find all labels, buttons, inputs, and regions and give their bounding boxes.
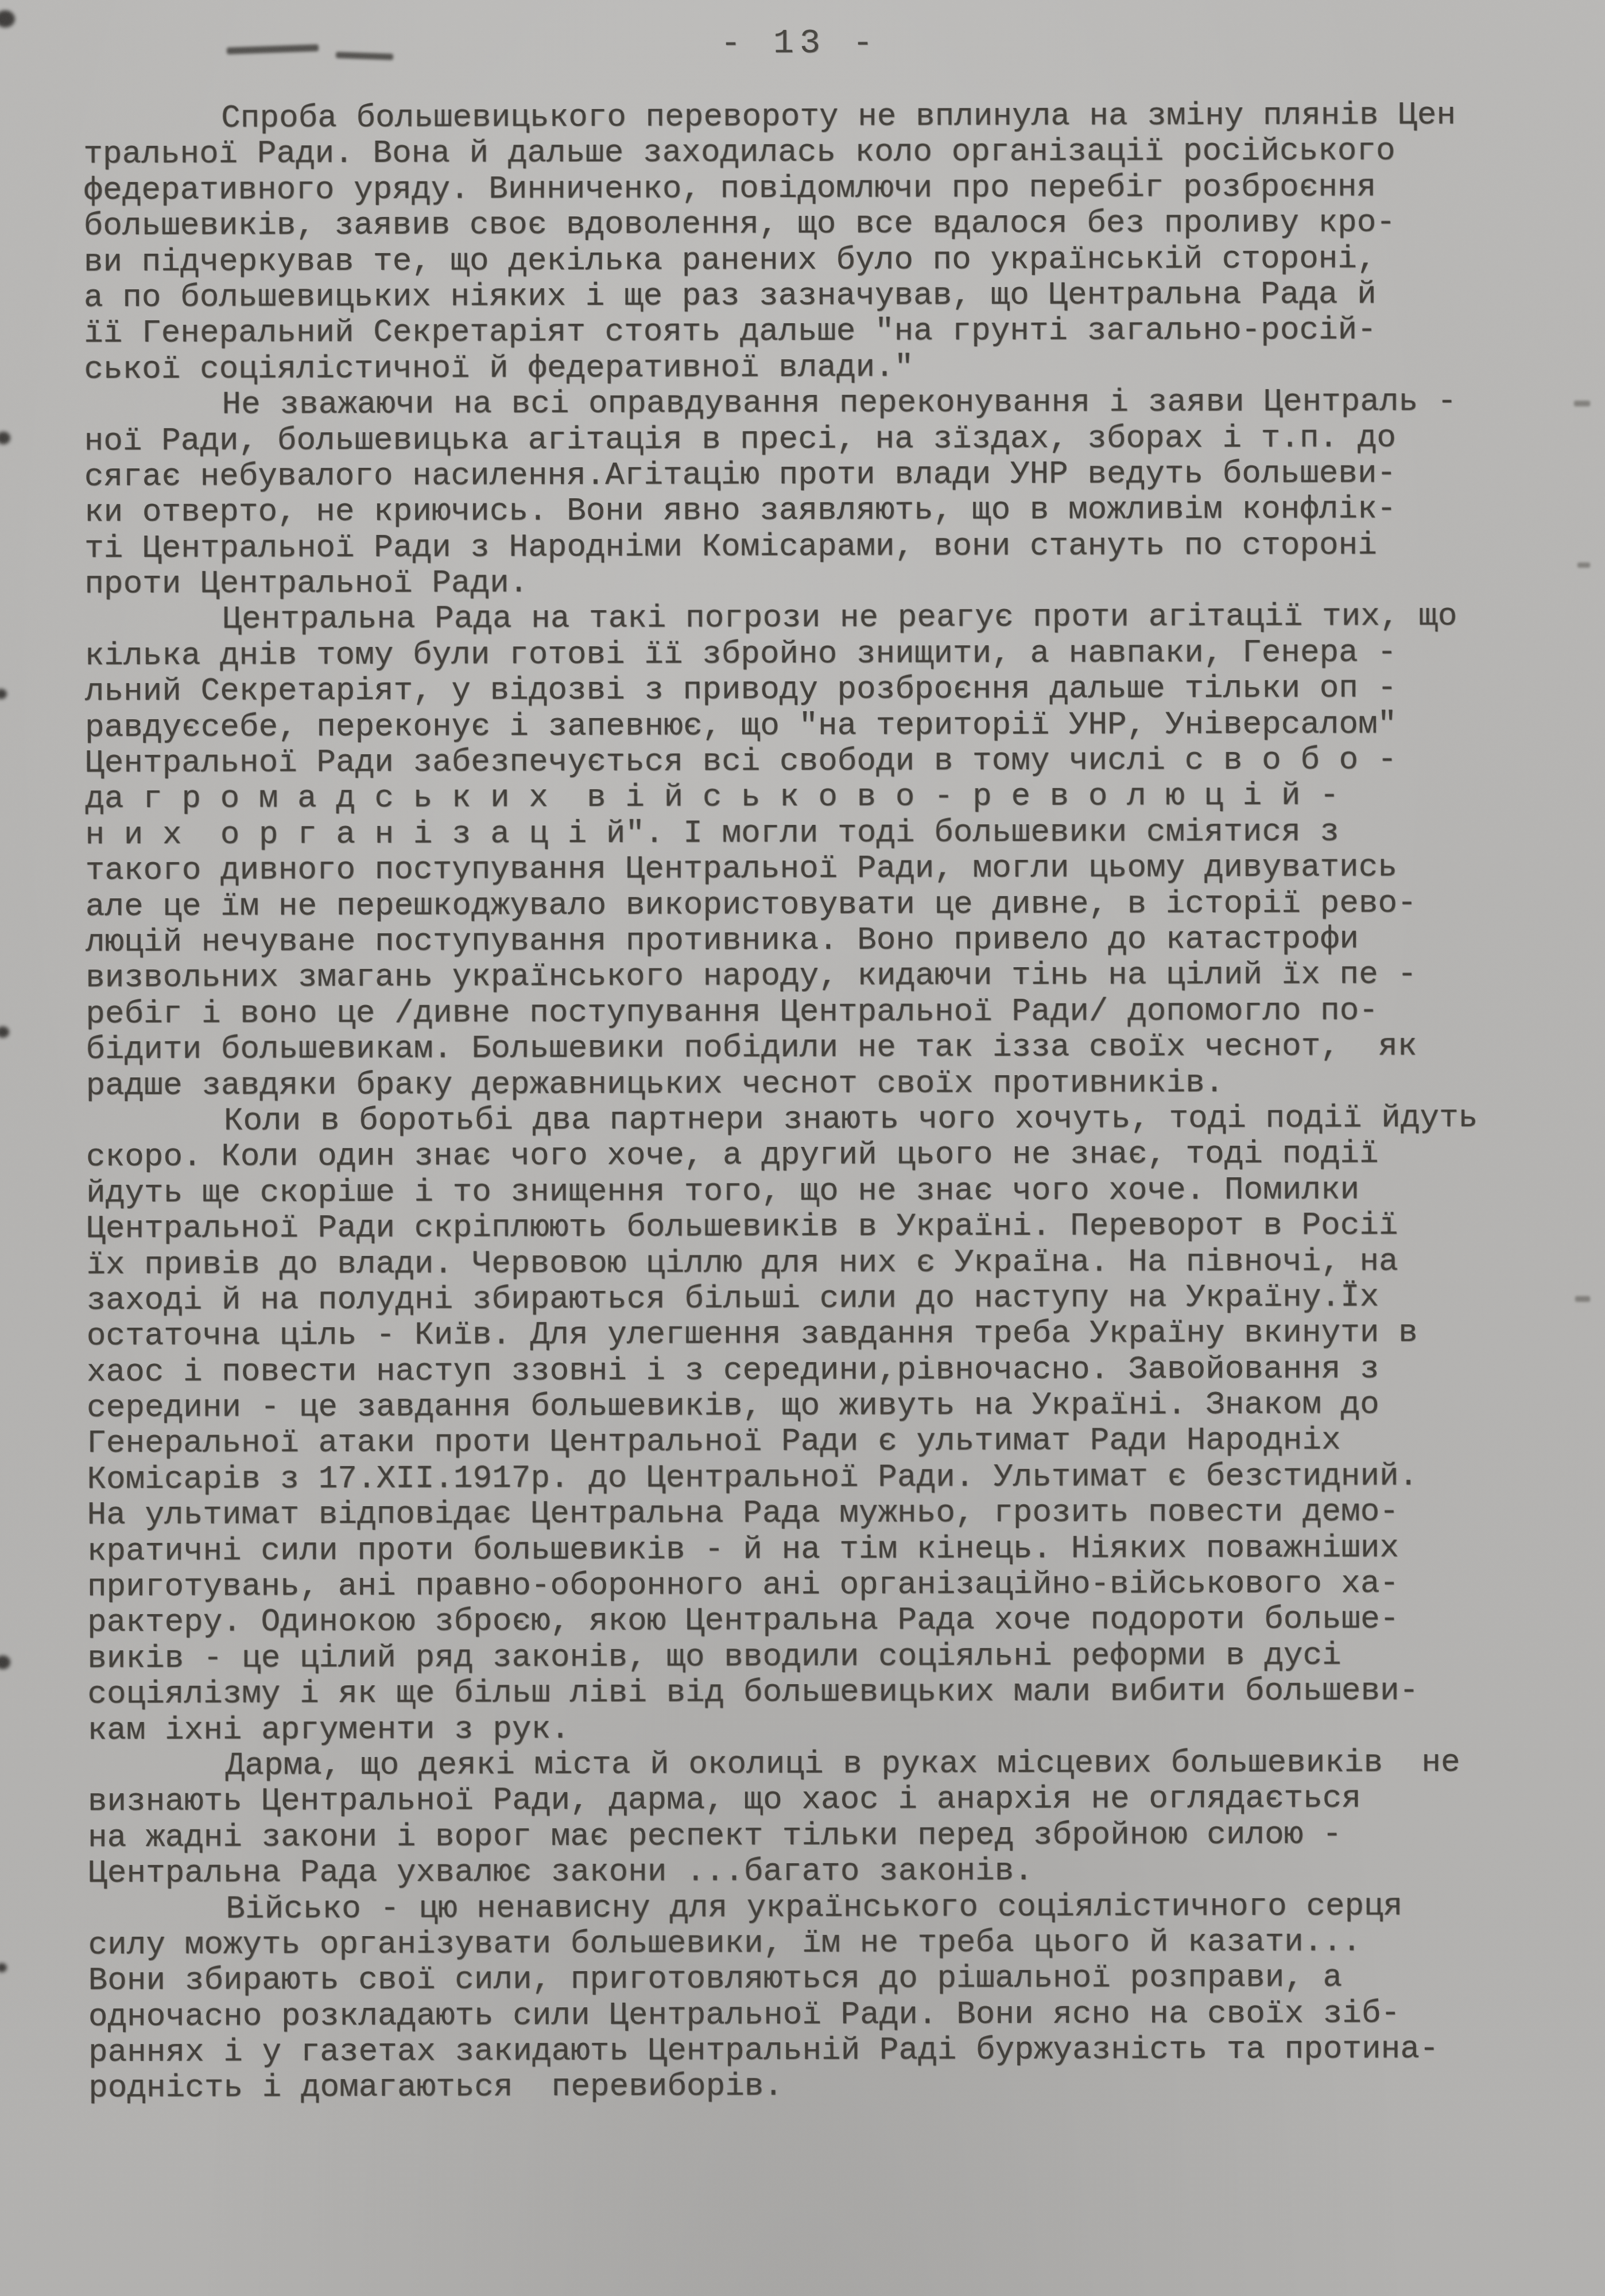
text-line: силу можуть організувати большевики, їм … bbox=[88, 1923, 1550, 1963]
text-line: Військо - цю ненависну для українського … bbox=[88, 1887, 1549, 1927]
text-line: визнають Центральної Ради, дарма, що хао… bbox=[88, 1780, 1549, 1820]
text-line: а по большевицьких ніяких і ще раз зазна… bbox=[84, 276, 1545, 316]
text-line: Коли в боротьбі два партнери знають чого… bbox=[86, 1100, 1548, 1139]
text-line: На ультимат відповідає Центральна Рада м… bbox=[87, 1494, 1549, 1533]
text-line: скоро. Коли один знає чого хоче, а други… bbox=[86, 1135, 1548, 1175]
text-line: ської соціялістичної й федеративної влад… bbox=[84, 347, 1545, 387]
text-line: Комісарів з 17.ХІІ.1917р. до Центральної… bbox=[87, 1457, 1548, 1497]
text-line: федеративного уряду. Винниченко, повідом… bbox=[84, 168, 1545, 208]
document-body: Спроба большевицького перевороту не впли… bbox=[83, 97, 1550, 2107]
paper-sheet: - 13 - Спроба большевицького перевороту … bbox=[0, 0, 1605, 2296]
text-line: проти Центральної Ради. bbox=[84, 563, 1546, 602]
text-line: Дарма, що деякі міста й околиці в руках … bbox=[88, 1744, 1549, 1784]
text-line: ви підчеркував те, що декілька ранених б… bbox=[84, 240, 1545, 280]
text-line: остаточна ціль - Київ. Для улегшення зав… bbox=[87, 1314, 1548, 1354]
paragraph: Не зважаючи на всі оправдування перекону… bbox=[84, 383, 1546, 602]
text-line: її Генеральний Секретаріят стоять дальше… bbox=[84, 312, 1545, 351]
text-line: Центральної Ради скріплюють большевиків … bbox=[86, 1207, 1548, 1247]
text-line: кілька днів тому були готові її збройно … bbox=[85, 634, 1546, 673]
text-line: хаос і повести наступ ззовні і з середин… bbox=[87, 1350, 1548, 1390]
text-line: льний Секретаріят, у відозві з приводу р… bbox=[85, 670, 1546, 709]
text-line: ті Центральної Ради з Народніми Комісара… bbox=[84, 526, 1546, 566]
text-line: ної Ради, большевицька агітація в пресі,… bbox=[84, 419, 1546, 459]
text-line: большевиків, заявив своє вдоволення, що … bbox=[84, 204, 1545, 244]
scan-edge-mark bbox=[1574, 401, 1590, 406]
text-line: одночасно розкладають сили Центральної Р… bbox=[88, 1995, 1550, 2034]
text-line: тральної Ради. Вона й дальше заходилась … bbox=[83, 133, 1545, 172]
text-line: люцій нечуване поступування противника. … bbox=[86, 921, 1547, 960]
text-line: їх привів до влади. Червовою ціллю для н… bbox=[86, 1243, 1548, 1282]
text-line: Центральна Рада на такі погрози не реагу… bbox=[85, 598, 1546, 638]
typewritten-content: - 13 - Спроба большевицького перевороту … bbox=[0, 0, 1605, 2296]
paragraph: Коли в боротьбі два партнери знають чого… bbox=[86, 1100, 1549, 1748]
text-line: раннях і у газетах закидають Центральній… bbox=[88, 2031, 1550, 2070]
text-line: ребіг і воно це /дивне поступування Цент… bbox=[86, 992, 1547, 1031]
text-line: сягає небувалого насилення.Агітацію прот… bbox=[84, 455, 1546, 495]
text-line: Не зважаючи на всі оправдування перекону… bbox=[84, 383, 1546, 423]
text-line: приготувань, ані правно-оборонного ані о… bbox=[87, 1565, 1549, 1605]
text-line: Генеральної атаки проти Центральної Ради… bbox=[87, 1422, 1548, 1461]
text-line: Вони збирають свої сили, приготовляються… bbox=[88, 1959, 1550, 1999]
scanned-document-page: { "page": { "number_label": "- 13 -", "p… bbox=[0, 0, 1605, 2296]
text-line: на жадні закони і ворог має респект тіль… bbox=[88, 1816, 1549, 1855]
text-line: такого дивного поступування Центральної … bbox=[86, 849, 1547, 889]
text-line: н и х о р г а н і з а ц і й". І могли то… bbox=[85, 813, 1546, 852]
text-line: радше завдяки браку державницьких чеснот… bbox=[86, 1064, 1548, 1103]
paragraph: Дарма, що деякі міста й околиці в руках … bbox=[88, 1744, 1550, 2107]
text-line: рактеру. Одинокою зброєю, якою Центральн… bbox=[87, 1601, 1549, 1640]
text-line: равдуєсебе, переконує і запевнює, що "на… bbox=[85, 705, 1546, 745]
text-line: соціялізму і як ще більш ліві від больше… bbox=[87, 1673, 1549, 1712]
text-line: Центральна Рада ухвалює закони ...багато… bbox=[88, 1852, 1549, 1891]
page-number: - 13 - bbox=[0, 22, 1602, 65]
text-line: ки отверто, не криючись. Вони явно заявл… bbox=[84, 491, 1546, 530]
scan-edge-mark bbox=[1575, 1296, 1590, 1302]
paragraph: Спроба большевицького перевороту не впли… bbox=[83, 97, 1545, 387]
text-line: йдуть ще скоріше і то знищення того, що … bbox=[86, 1171, 1548, 1211]
text-line: Центральної Ради забезпечується всі своб… bbox=[85, 742, 1546, 781]
text-line: середини - це завдання большевиків, що ж… bbox=[87, 1386, 1548, 1426]
text-line: заході й на полудні збираються більші си… bbox=[87, 1278, 1548, 1318]
text-line: бідити большевикам. Большевики побідили … bbox=[86, 1028, 1547, 1068]
text-line: кам іхні аргументи з рук. bbox=[88, 1708, 1549, 1748]
text-line: але це їм не перешкоджувало використовув… bbox=[86, 885, 1547, 924]
scan-edge-mark bbox=[1577, 563, 1590, 568]
text-line: да г р о м а д с ь к и х в і й с ь к о в… bbox=[85, 777, 1546, 817]
text-line: Спроба большевицького перевороту не впли… bbox=[83, 97, 1545, 137]
paragraph: Центральна Рада на такі погрози не реагу… bbox=[85, 598, 1548, 1103]
text-line: кратичні сили проти большевиків - й на т… bbox=[87, 1529, 1549, 1569]
text-line: виків - це цілий ряд законів, що вводили… bbox=[87, 1636, 1549, 1676]
text-line: визвольних змагань українського народу, … bbox=[86, 956, 1547, 996]
text-line: родність і домагаються перевиборів. bbox=[88, 2066, 1550, 2106]
